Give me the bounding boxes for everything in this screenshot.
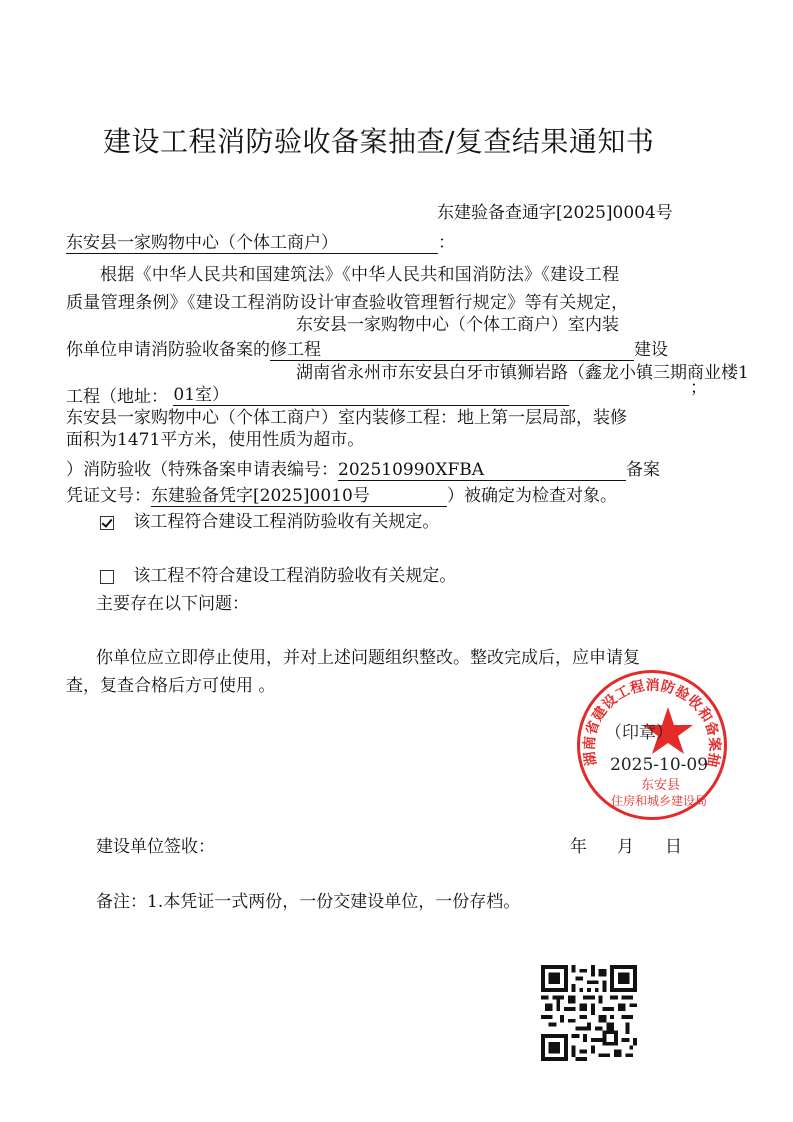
build-suffix: 建设 — [634, 340, 668, 360]
cert-number: 东建验备凭字[2025]0010号 — [151, 486, 447, 507]
form-number: 202510990XFBA — [338, 460, 626, 481]
seal-org-line2: 住房和城乡建设局 — [611, 792, 707, 809]
project-name-line2: 修工程 — [270, 340, 634, 361]
paragraph-legal-basis-2: 质量管理条例》《建设工程消防设计审查验收管理暂行规定》等有关规定， — [66, 293, 628, 313]
remark-note: 备注：1.本凭证一式两份，一份交建设单位，一份存档。 — [96, 892, 520, 912]
document-title: 建设工程消防验收备案抽查/复查结果通知书 — [103, 120, 654, 160]
form-number-line: ）消防验收（特殊备案申请表编号：202510990XFBA备案 — [66, 460, 660, 481]
rectify-line2: 查，复查合格后方可使用 。 — [66, 676, 275, 696]
recipient-name: 东安县一家购物中心（个体工商户） — [66, 233, 438, 254]
recipient-colon: ： — [438, 233, 455, 253]
checkbox-empty-icon[interactable] — [100, 570, 114, 584]
seal-org-line1: 东安县 — [641, 774, 680, 793]
recipient-line: 东安县一家购物中心（个体工商户）： — [66, 233, 455, 254]
document-number: 东建验备查通字[2025]0004号 — [437, 203, 673, 223]
signature-month: 月 — [617, 837, 634, 857]
paragraph-legal-basis-1: 根据《中华人民共和国建筑法》《中华人民共和国消防法》《建设工程 — [100, 265, 619, 285]
apply-prefix: 你单位申请消防验收备案的 — [66, 340, 270, 360]
project-name-line1: 东安县一家购物中心（个体工商户）室内装 — [296, 315, 619, 335]
cert-suffix: ）被确定为检查对象。 — [447, 486, 617, 506]
rectify-line1: 你单位应立即停止使用，并对上述问题组织整改。整改完成后，应申请复 — [96, 648, 640, 668]
seal-label: （印章） — [605, 723, 673, 743]
address-line1: 湖南省永州市东安县白牙市镇狮岩路（鑫龙小镇三期商业楼1 — [296, 363, 749, 383]
signature-label: 建设单位签收： — [96, 837, 215, 857]
option-noncompliant-label: 该工程不符合建设工程消防验收有关规定。 — [133, 566, 456, 586]
option-compliant-label: 该工程符合建设工程消防验收有关规定。 — [133, 512, 439, 532]
cert-prefix: 凭证文号： — [66, 486, 151, 506]
apply-line: 你单位申请消防验收备案的修工程建设 — [66, 340, 668, 361]
option-compliant[interactable]: 该工程符合建设工程消防验收有关规定。 — [100, 512, 439, 532]
signature-day: 日 — [665, 837, 682, 857]
option-noncompliant[interactable]: 该工程不符合建设工程消防验收有关规定。 — [100, 566, 456, 586]
address-semicolon: ； — [690, 378, 707, 398]
form-prefix: ）消防验收（特殊备案申请表编号： — [66, 460, 338, 480]
address-line: 工程（地址： 01室） — [66, 387, 569, 408]
checkbox-checked-icon[interactable] — [100, 516, 114, 530]
problems-label: 主要存在以下问题： — [96, 594, 249, 614]
qr-code-icon — [540, 965, 638, 1061]
address-prefix: 工程（地址： — [66, 387, 168, 407]
scope-line1: 东安县一家购物中心（个体工商户）室内装修工程：地上第一层局部，装修 — [66, 408, 627, 428]
seal-date: 2025-10-09 — [610, 755, 708, 775]
address-line2: 01室） — [173, 385, 569, 406]
cert-number-line: 凭证文号：东建验备凭字[2025]0010号）被确定为检查对象。 — [66, 486, 617, 507]
signature-year: 年 — [570, 837, 587, 857]
scope-line2: 面积为1471平方米，使用性质为超市。 — [66, 430, 364, 450]
form-suffix: 备案 — [626, 460, 660, 480]
